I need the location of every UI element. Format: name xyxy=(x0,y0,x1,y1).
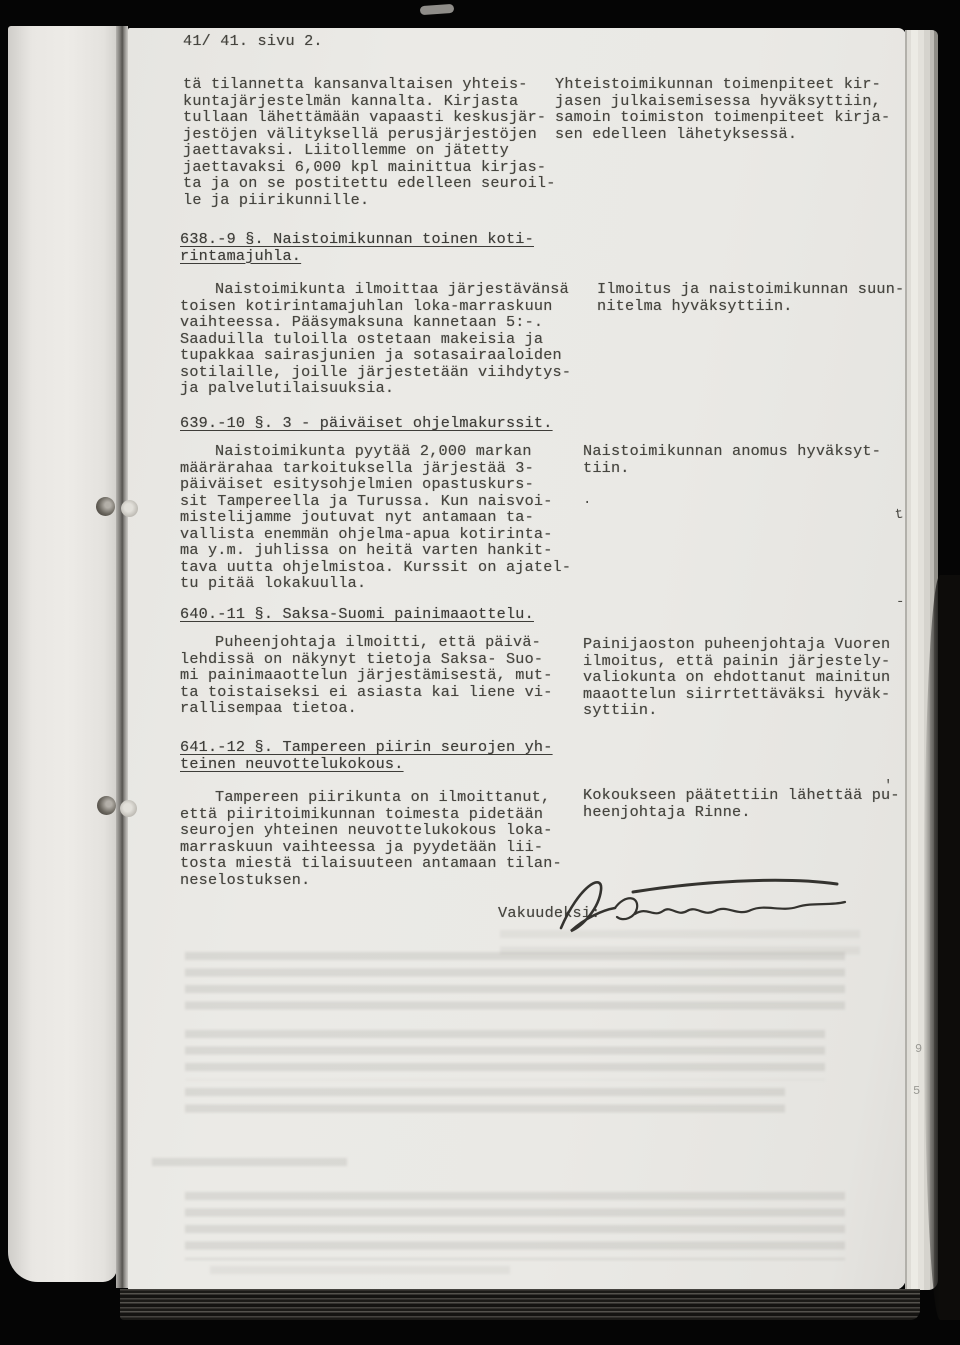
ghost-text-block xyxy=(185,1088,785,1120)
section-intro-body: tä tilannetta kansanvaltaisen yhteis- ku… xyxy=(183,76,556,208)
ghost-heading-block xyxy=(152,1158,347,1174)
section-641-heading: 641.-12 §. Tampereen piirin seurojen yh-… xyxy=(180,739,553,772)
stray-dot: . xyxy=(583,492,591,508)
punch-hole xyxy=(96,497,115,516)
punch-hole xyxy=(120,800,137,817)
edge-mark-nine: 9 xyxy=(915,1042,922,1056)
edge-mark-tick: ' xyxy=(884,778,892,794)
section-641-body: Tampereen piirikunta on ilmoittanut, ett… xyxy=(180,789,562,888)
book-gutter-seam xyxy=(116,26,128,1288)
punch-hole xyxy=(97,796,116,815)
ghost-text-block xyxy=(185,1192,845,1260)
signature xyxy=(545,868,875,938)
section-639-body: Naistoimikunta pyytää 2,000 markan määrä… xyxy=(180,443,571,592)
section-639-resolution: Naistoimikunnan anomus hyväksyt- tiin. xyxy=(583,443,881,476)
edge-mark-dash: - xyxy=(896,594,904,610)
section-intro-resolution: Yhteistoimikunnan toimenpiteet kir- jase… xyxy=(555,76,890,142)
binding-shadow xyxy=(924,575,960,1320)
punch-hole xyxy=(121,500,138,517)
section-640-resolution: Painijaoston puheenjohtaja Vuoren ilmoit… xyxy=(583,636,890,719)
section-641-resolution: Kokoukseen päätettiin lähettää pu- heenj… xyxy=(583,787,900,820)
bottom-page-stack xyxy=(120,1289,920,1320)
section-640-body: Puheenjohtaja ilmoitti, että päivä- lehd… xyxy=(180,634,553,717)
ghost-text-block xyxy=(210,1266,510,1280)
section-638-heading: 638.-9 §. Naistoimikunnan toinen koti- r… xyxy=(180,231,534,264)
section-640-heading: 640.-11 §. Saksa-Suomi painimaaottelu. xyxy=(180,606,534,623)
scanned-book-photo: 41/ 41. sivu 2. tä tilannetta kansanvalt… xyxy=(0,0,960,1345)
ghost-text-block xyxy=(185,1030,825,1080)
page-number-line: 41/ 41. sivu 2. xyxy=(183,33,323,50)
section-639-heading: 639.-10 §. 3 - päiväiset ohjelmakurssit. xyxy=(180,415,553,432)
section-638-body: Naistoimikunta ilmoittaa järjestävänsä t… xyxy=(180,281,571,397)
scan-artifact-speck xyxy=(420,4,455,15)
previous-page-edge xyxy=(8,26,117,1282)
ghost-text-block xyxy=(185,952,845,1018)
edge-mark-five: 5 xyxy=(913,1084,920,1098)
section-638-resolution: Ilmoitus ja naistoimikunnan suun- nitelm… xyxy=(597,281,904,314)
